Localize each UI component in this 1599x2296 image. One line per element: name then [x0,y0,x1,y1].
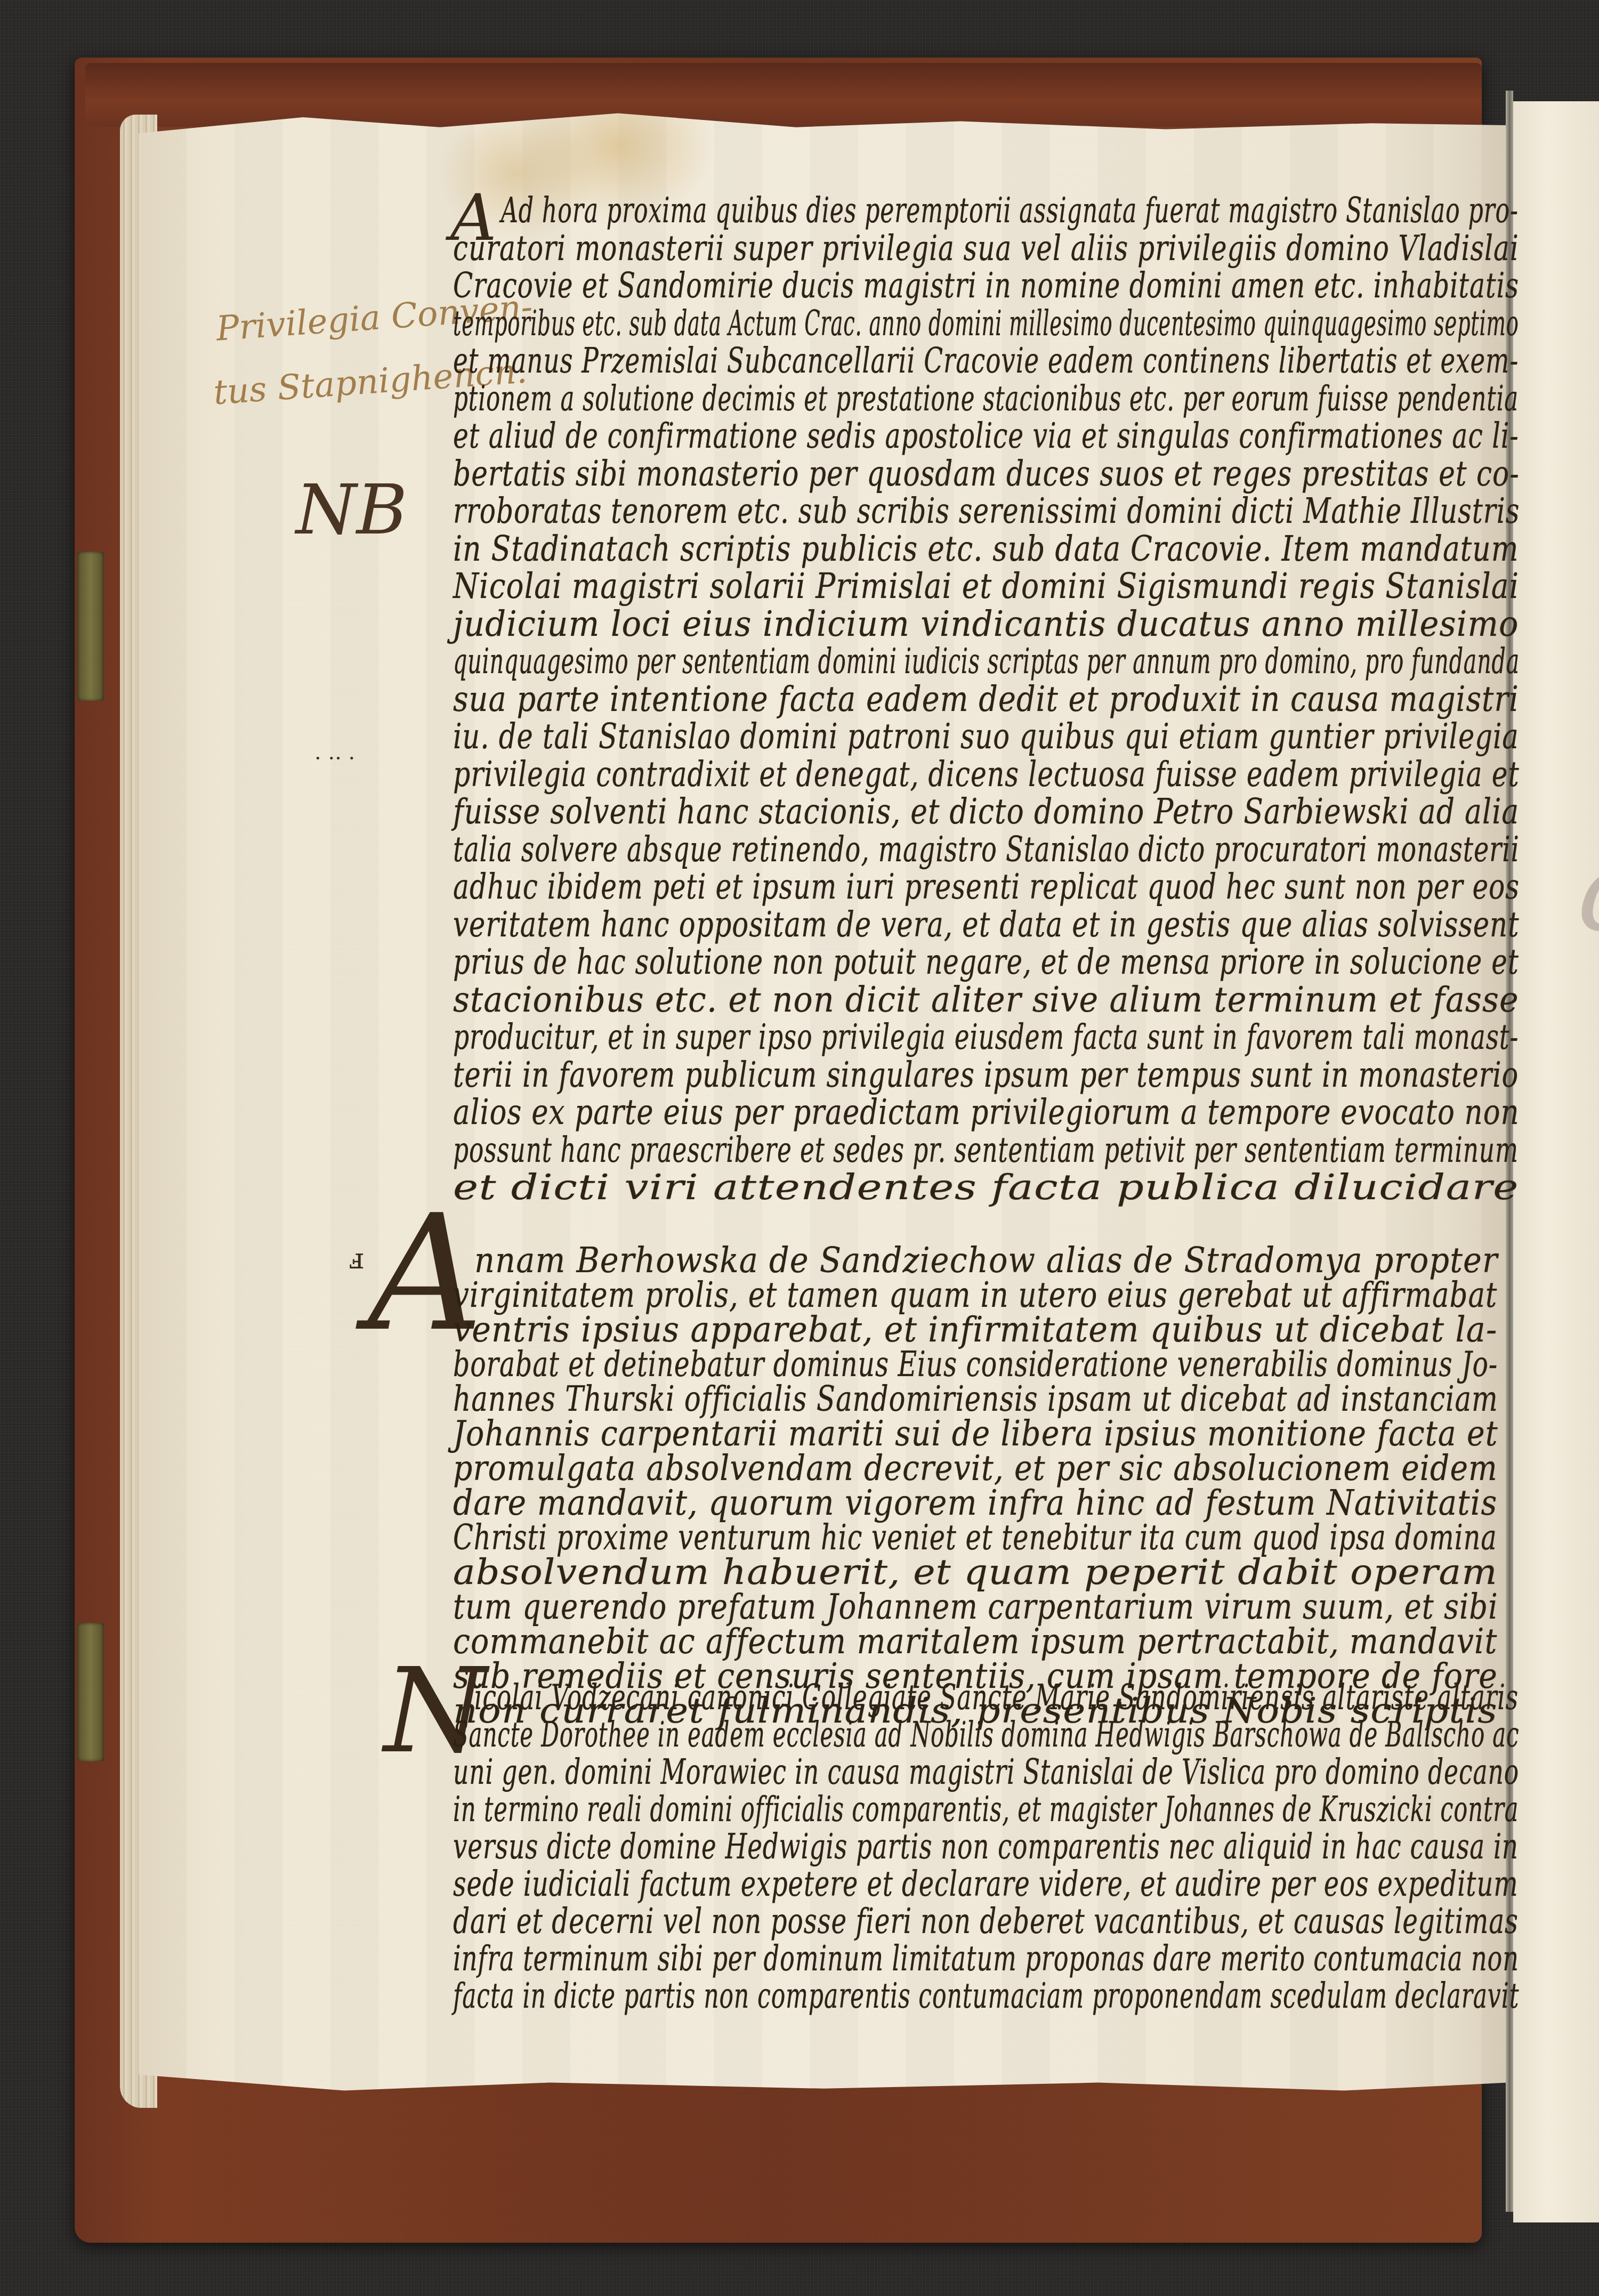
manuscript-line: producitur, et in super ipso privilegia … [453,1017,1519,1057]
manuscript-line: quinquagesimo per sententiam domini iudi… [453,641,1520,682]
manuscript-line: privilegia contradixit et denegat, dicen… [453,754,1520,795]
manuscript-line: iu. de tali Stanislao domini patroni suo… [453,716,1519,757]
manuscript-line: ptionem a solutione decimis et prestatio… [453,378,1519,419]
manuscript-line: bertatis sibi monasterio per quosdam duc… [453,454,1520,494]
manuscript-line: temporibus etc. sub data Actum Crac. ann… [453,303,1519,344]
manuscript-line: fuisse solventi hanc stacionis, et dicto… [453,791,1519,832]
manuscript-line: infra terminum sibi per dominum limitatu… [453,1938,1519,1979]
manuscript-line: prius de hac solutione non potuit negare… [453,942,1519,982]
manuscript-line: veritatem hanc oppositam de vera, et dat… [453,904,1520,945]
manuscript-line: Cracovie et Sandomirie ducis magistri in… [453,265,1519,306]
manuscript-line: Nicolai magistri solarii Primislai et do… [453,566,1519,607]
manuscript-line: versus dicte domine Hedwigis partis non … [453,1826,1519,1867]
manuscript-line: Ad hora proxima quibus dies peremptorii … [501,190,1519,231]
manuscript-line: icolai Vodzecani canonici Collegiate San… [474,1677,1519,1718]
manuscript-line: rroboratas tenorem etc. sub scribis sere… [453,491,1520,531]
nota-bene-mark: NB [296,469,407,550]
margin-pointer-sign: ⅎ [349,1242,364,1275]
manuscript-line: sede iudiciali factum expetere et declar… [453,1864,1519,1904]
manuscript-line: possunt hanc praescribere et sedes pr. s… [453,1130,1519,1170]
manuscript-line: Sancte Dorothee in eadem ecclesia ad Nob… [453,1715,1519,1755]
manuscript-line: et dicti viri attendentes facta publica … [453,1167,1519,1208]
manuscript-line: adhuc ibidem peti et ipsum iuri presenti… [453,867,1520,907]
manuscript-line: in termino reali domini officialis compa… [453,1789,1519,1830]
manuscript-line: et aliud de confirmatione sedis apostoli… [453,416,1519,456]
manuscript-line: uni gen. domini Morawiec in causa magist… [453,1752,1519,1792]
manuscript-line: in Stadinatach scriptis publicis etc. su… [453,529,1519,569]
manuscript-line: alios ex parte eius per praedictam privi… [453,1092,1520,1133]
adjacent-page-bleed-through: a [1578,821,1599,957]
manuscript-line: dari et decerni vel non posse fieri non … [453,1901,1519,1942]
manuscript-line: terii in favorem publicum singulares ips… [453,1055,1519,1095]
manuscript-line: et manus Przemislai Subcancellarii Craco… [453,341,1519,381]
binding-top-edge [85,63,1482,127]
manuscript-line: curatori monasterii super privilegia sua… [453,228,1519,269]
manuscript-line: stacionibus etc. et non dicit aliter siv… [453,980,1519,1020]
clasp-lower [77,1623,104,1761]
margin-pointer-dots: · ·· · [314,746,355,771]
clasp-upper [77,552,104,701]
adjacent-page [1513,101,1599,2222]
manuscript-line: talia solvere absque retinendo, magistro… [453,829,1520,870]
manuscript-line: sua parte intentione facta eadem dedit e… [453,679,1519,719]
manuscript-line: judicium loci eius indicium vindicantis … [453,604,1519,644]
manuscript-line: facta in dicte partis non comparentis co… [453,1976,1519,2016]
